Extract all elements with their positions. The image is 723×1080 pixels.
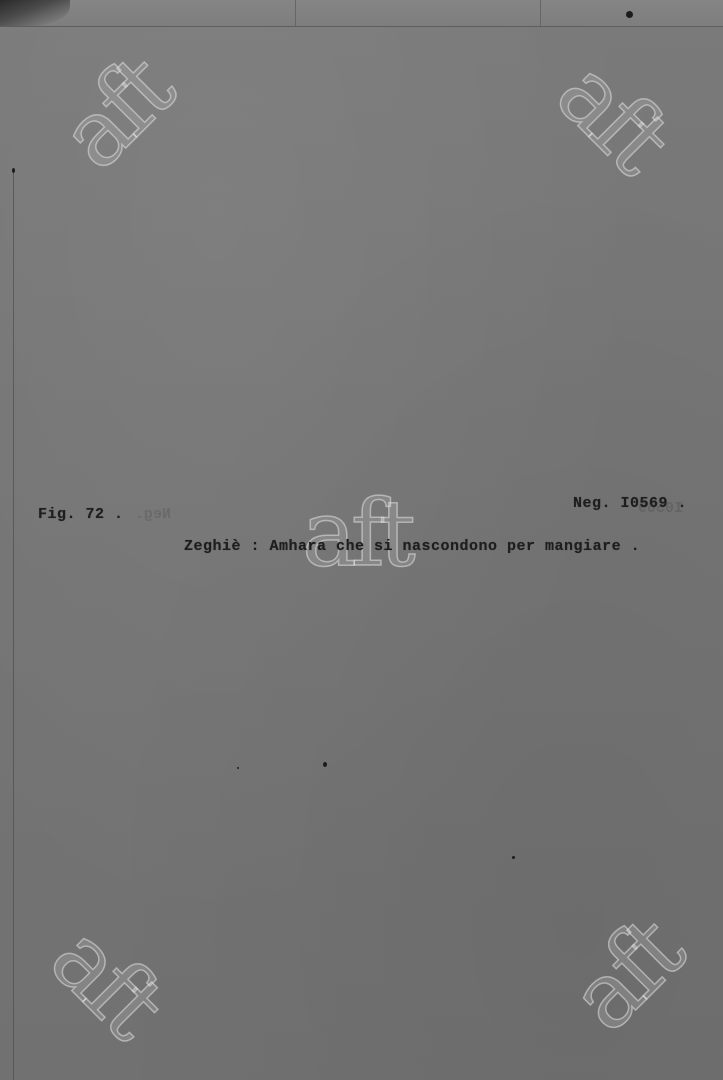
left-edge-line [13, 170, 14, 1080]
bleed-through-text: Neg. [135, 506, 171, 523]
caption: Zeghiè : Amhara che si nascondono per ma… [184, 538, 640, 555]
top-edge-strip [0, 0, 723, 27]
dust-speck [626, 11, 633, 18]
figure-label: Fig. 72 . [38, 506, 124, 523]
watermark: aft [302, 488, 410, 580]
dust-speck [323, 762, 327, 767]
dust-speck [237, 767, 239, 769]
bleed-through-text: I0569 [638, 500, 683, 517]
dust-speck [12, 168, 15, 173]
top-crease [540, 0, 541, 26]
top-crease [295, 0, 296, 26]
dust-speck [512, 856, 515, 859]
